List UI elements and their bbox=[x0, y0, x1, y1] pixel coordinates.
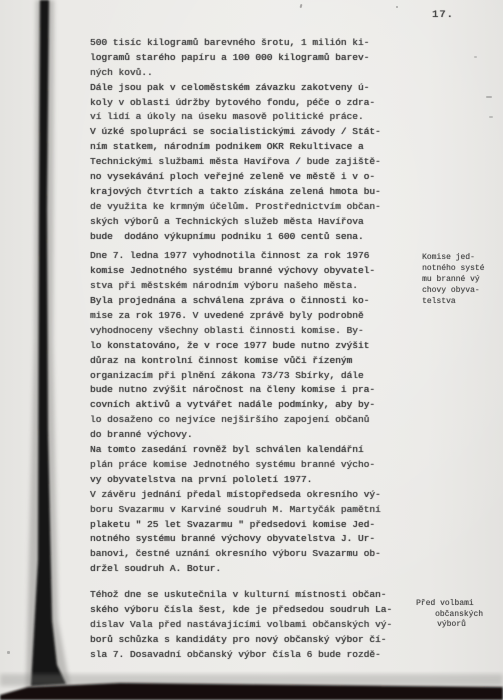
text-line: V úzké spolupráci se socialistickými záv… bbox=[90, 125, 392, 140]
text-line: notného systému branné výchovy obyvatels… bbox=[90, 532, 392, 547]
text-line: mise za rok 1976. V uvedené zprávě byly … bbox=[90, 309, 392, 324]
text-line: Byla projednána a schválena zpráva o čin… bbox=[90, 294, 392, 309]
text-line: ných kovů.. bbox=[90, 66, 392, 81]
scan-speck bbox=[7, 651, 10, 654]
scanned-document-page: 17. 500 tisíc kilogramů barevného šrotu,… bbox=[0, 0, 503, 700]
text-line: ví lidí a úkoly na úseku masově politick… bbox=[90, 110, 392, 125]
text-line: ského výboru čísla šest, kde je předsedo… bbox=[90, 603, 392, 618]
text-line: Na tomto zasedání rovněž byl schválen ka… bbox=[90, 443, 392, 458]
text-line: sla 7. Dosavadní občanský výbor čísla 6 … bbox=[90, 648, 392, 663]
text-line: bude dodáno výkupnímu podniku 1 600 cent… bbox=[90, 230, 392, 245]
text-line: boru Svazarmu v Karviné soudruh M. Marty… bbox=[90, 503, 392, 518]
margin-note-line: Před volbami bbox=[416, 599, 483, 610]
text-line: koly v oblasti údržby bytového fondu, pé… bbox=[90, 96, 392, 111]
text-line: vyhodnoceny všechny oblasti činnosti kom… bbox=[90, 324, 392, 339]
text-line: držel soudruh A. Botur. bbox=[90, 562, 392, 577]
text-line: dislav Vala před nastávajícími volbami o… bbox=[90, 618, 392, 633]
scan-speck bbox=[474, 56, 477, 58]
text-line: ských výborů a Technických služeb města … bbox=[90, 215, 392, 230]
text-line: plán práce komise Jednotného systému bra… bbox=[90, 458, 392, 473]
margin-note-line: občanských bbox=[435, 610, 483, 621]
text-line: borů schůzka s kandidáty pro nový občans… bbox=[90, 633, 392, 648]
binding-strip bbox=[31, 0, 66, 686]
text-line: banovi, čestné uznání okresního výboru S… bbox=[90, 547, 392, 562]
binding-strip-halo bbox=[26, 0, 70, 688]
page-number: 17. bbox=[432, 9, 454, 21]
text-line: Technickými službami města Havířova / bu… bbox=[90, 155, 392, 170]
scan-speck bbox=[489, 116, 493, 118]
bottom-smear bbox=[0, 674, 503, 686]
text-line: bude nutno zvýšit náročnost na členy kom… bbox=[90, 383, 392, 398]
text-line: 500 tisíc kilogramů barevného šrotu, 1 m… bbox=[90, 36, 392, 51]
margin-note-line: chovy obyva- bbox=[422, 285, 484, 296]
scan-speck bbox=[300, 4, 303, 8]
text-line: stva při městském národním výboru našeho… bbox=[90, 279, 392, 294]
text-line: de využita ke krmným účelům. Prostřednic… bbox=[90, 200, 392, 215]
paragraph: Téhož dne se uskutečnila v kulturní míst… bbox=[90, 588, 392, 662]
margin-note-elections: Před volbamiobčanskýchvýborů bbox=[416, 599, 483, 631]
margin-note-line: Komise jed- bbox=[422, 252, 484, 263]
text-line: covních aktivů a vytvářet nadále podmínk… bbox=[90, 398, 392, 413]
text-line: do branné výchovy. bbox=[90, 428, 392, 443]
margin-note-line: výborů bbox=[437, 620, 483, 631]
paragraph: 500 tisíc kilogramů barevného šrotu, 1 m… bbox=[90, 36, 392, 244]
text-line: lo dosaženo co nejvíce nejširšího zapoje… bbox=[90, 413, 392, 428]
text-line: logramů starého papíru a 100 000 kilogra… bbox=[90, 51, 392, 66]
margin-note-line: mu branné vý bbox=[422, 274, 484, 285]
text-line: Téhož dne se uskutečnila v kulturní míst… bbox=[90, 588, 392, 603]
text-line: důraz na kontrolní činnost komise vůči ř… bbox=[90, 354, 392, 369]
bottom-band bbox=[0, 683, 503, 700]
margin-note-line: telstva bbox=[422, 296, 484, 307]
scan-speck bbox=[396, 6, 398, 8]
text-line: V závěru jednání předal místopředseda ok… bbox=[90, 488, 392, 503]
text-line: Dne 7. ledna 1977 vyhodnotila činnost za… bbox=[90, 249, 392, 264]
text-line: ním statkem, národním podnikem OKR Rekul… bbox=[90, 140, 392, 155]
paragraph: Dne 7. ledna 1977 vyhodnotila činnost za… bbox=[90, 249, 392, 577]
margin-note-line: notného systé bbox=[422, 263, 484, 274]
text-line: krajových čtvrtích a takto získána zelen… bbox=[90, 185, 392, 200]
text-line: no vysekávání ploch veřejné zeleně ve mě… bbox=[90, 170, 392, 185]
text-line: komise Jednotného systému branné výchovy… bbox=[90, 264, 392, 279]
margin-note-commission: Komise jed-notného systému branné výchov… bbox=[422, 252, 484, 307]
document-body: 500 tisíc kilogramů barevného šrotu, 1 m… bbox=[90, 36, 392, 663]
text-line: Dále jsou pak v celoměstském závazku zak… bbox=[90, 81, 392, 96]
text-line: vy obyvatelstva na první pololetí 1977. bbox=[90, 473, 392, 488]
text-line: organizacím při plnění zákona 73/73 Sbír… bbox=[90, 369, 392, 384]
scan-speck bbox=[486, 96, 492, 98]
text-line: plaketu " 25 let Svazarmu " předsedovi k… bbox=[90, 518, 392, 533]
text-line: lo konstatováno, že v roce 1977 bude nut… bbox=[90, 339, 392, 354]
